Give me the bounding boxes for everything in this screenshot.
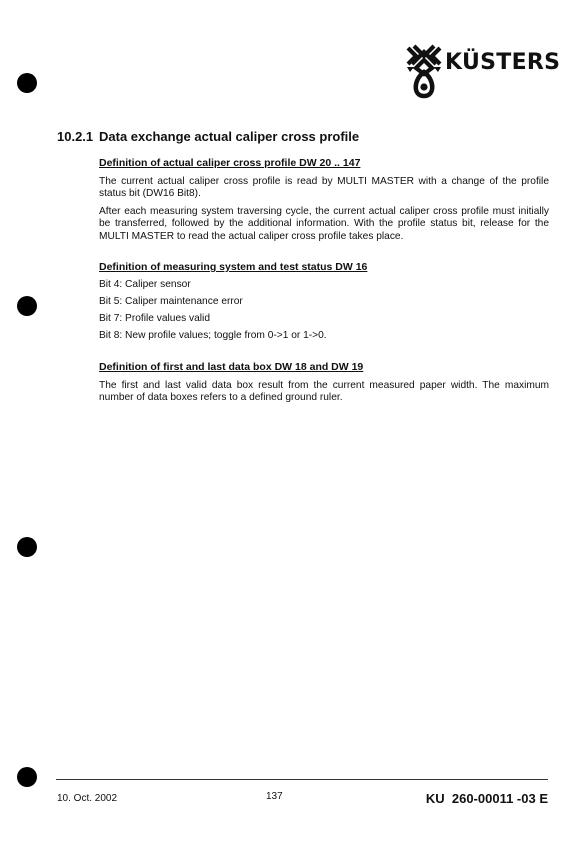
list-item: Bit 8: New profile values; toggle from 0… xyxy=(99,330,327,341)
punch-hole-3 xyxy=(17,537,37,557)
footer-rule xyxy=(56,779,548,780)
logo-wordmark: KÜSTERS xyxy=(445,50,560,75)
page-number: 137 xyxy=(266,791,283,802)
subheading: Definition of actual caliper cross profi… xyxy=(99,157,549,170)
block-status: Definition of measuring system and test … xyxy=(99,261,549,274)
section-number: 10.2.1 xyxy=(57,129,93,144)
section-title: Data exchange actual caliper cross profi… xyxy=(99,129,359,144)
company-logo: KÜSTERS xyxy=(404,42,554,100)
kusters-knot-emblem-icon xyxy=(404,42,444,100)
block-data-box: Definition of first and last data box DW… xyxy=(99,361,549,405)
footer-date: 10. Oct. 2002 xyxy=(57,793,117,804)
subheading: Definition of first and last data box DW… xyxy=(99,361,549,374)
punch-hole-4 xyxy=(17,767,37,787)
punch-hole-2 xyxy=(17,296,37,316)
paragraph: After each measuring system traversing c… xyxy=(99,206,549,244)
document-id: KU 260-00011 -03 E xyxy=(426,791,548,806)
paragraph: The current actual caliper cross profile… xyxy=(99,176,549,201)
list-item: Bit 5: Caliper maintenance error xyxy=(99,296,243,307)
subheading: Definition of measuring system and test … xyxy=(99,261,549,274)
list-item: Bit 4: Caliper sensor xyxy=(99,279,191,290)
paragraph: The first and last valid data box result… xyxy=(99,380,549,405)
block-actual-profile: Definition of actual caliper cross profi… xyxy=(99,157,549,244)
list-item: Bit 7: Profile values valid xyxy=(99,313,210,324)
punch-hole-1 xyxy=(17,73,37,93)
